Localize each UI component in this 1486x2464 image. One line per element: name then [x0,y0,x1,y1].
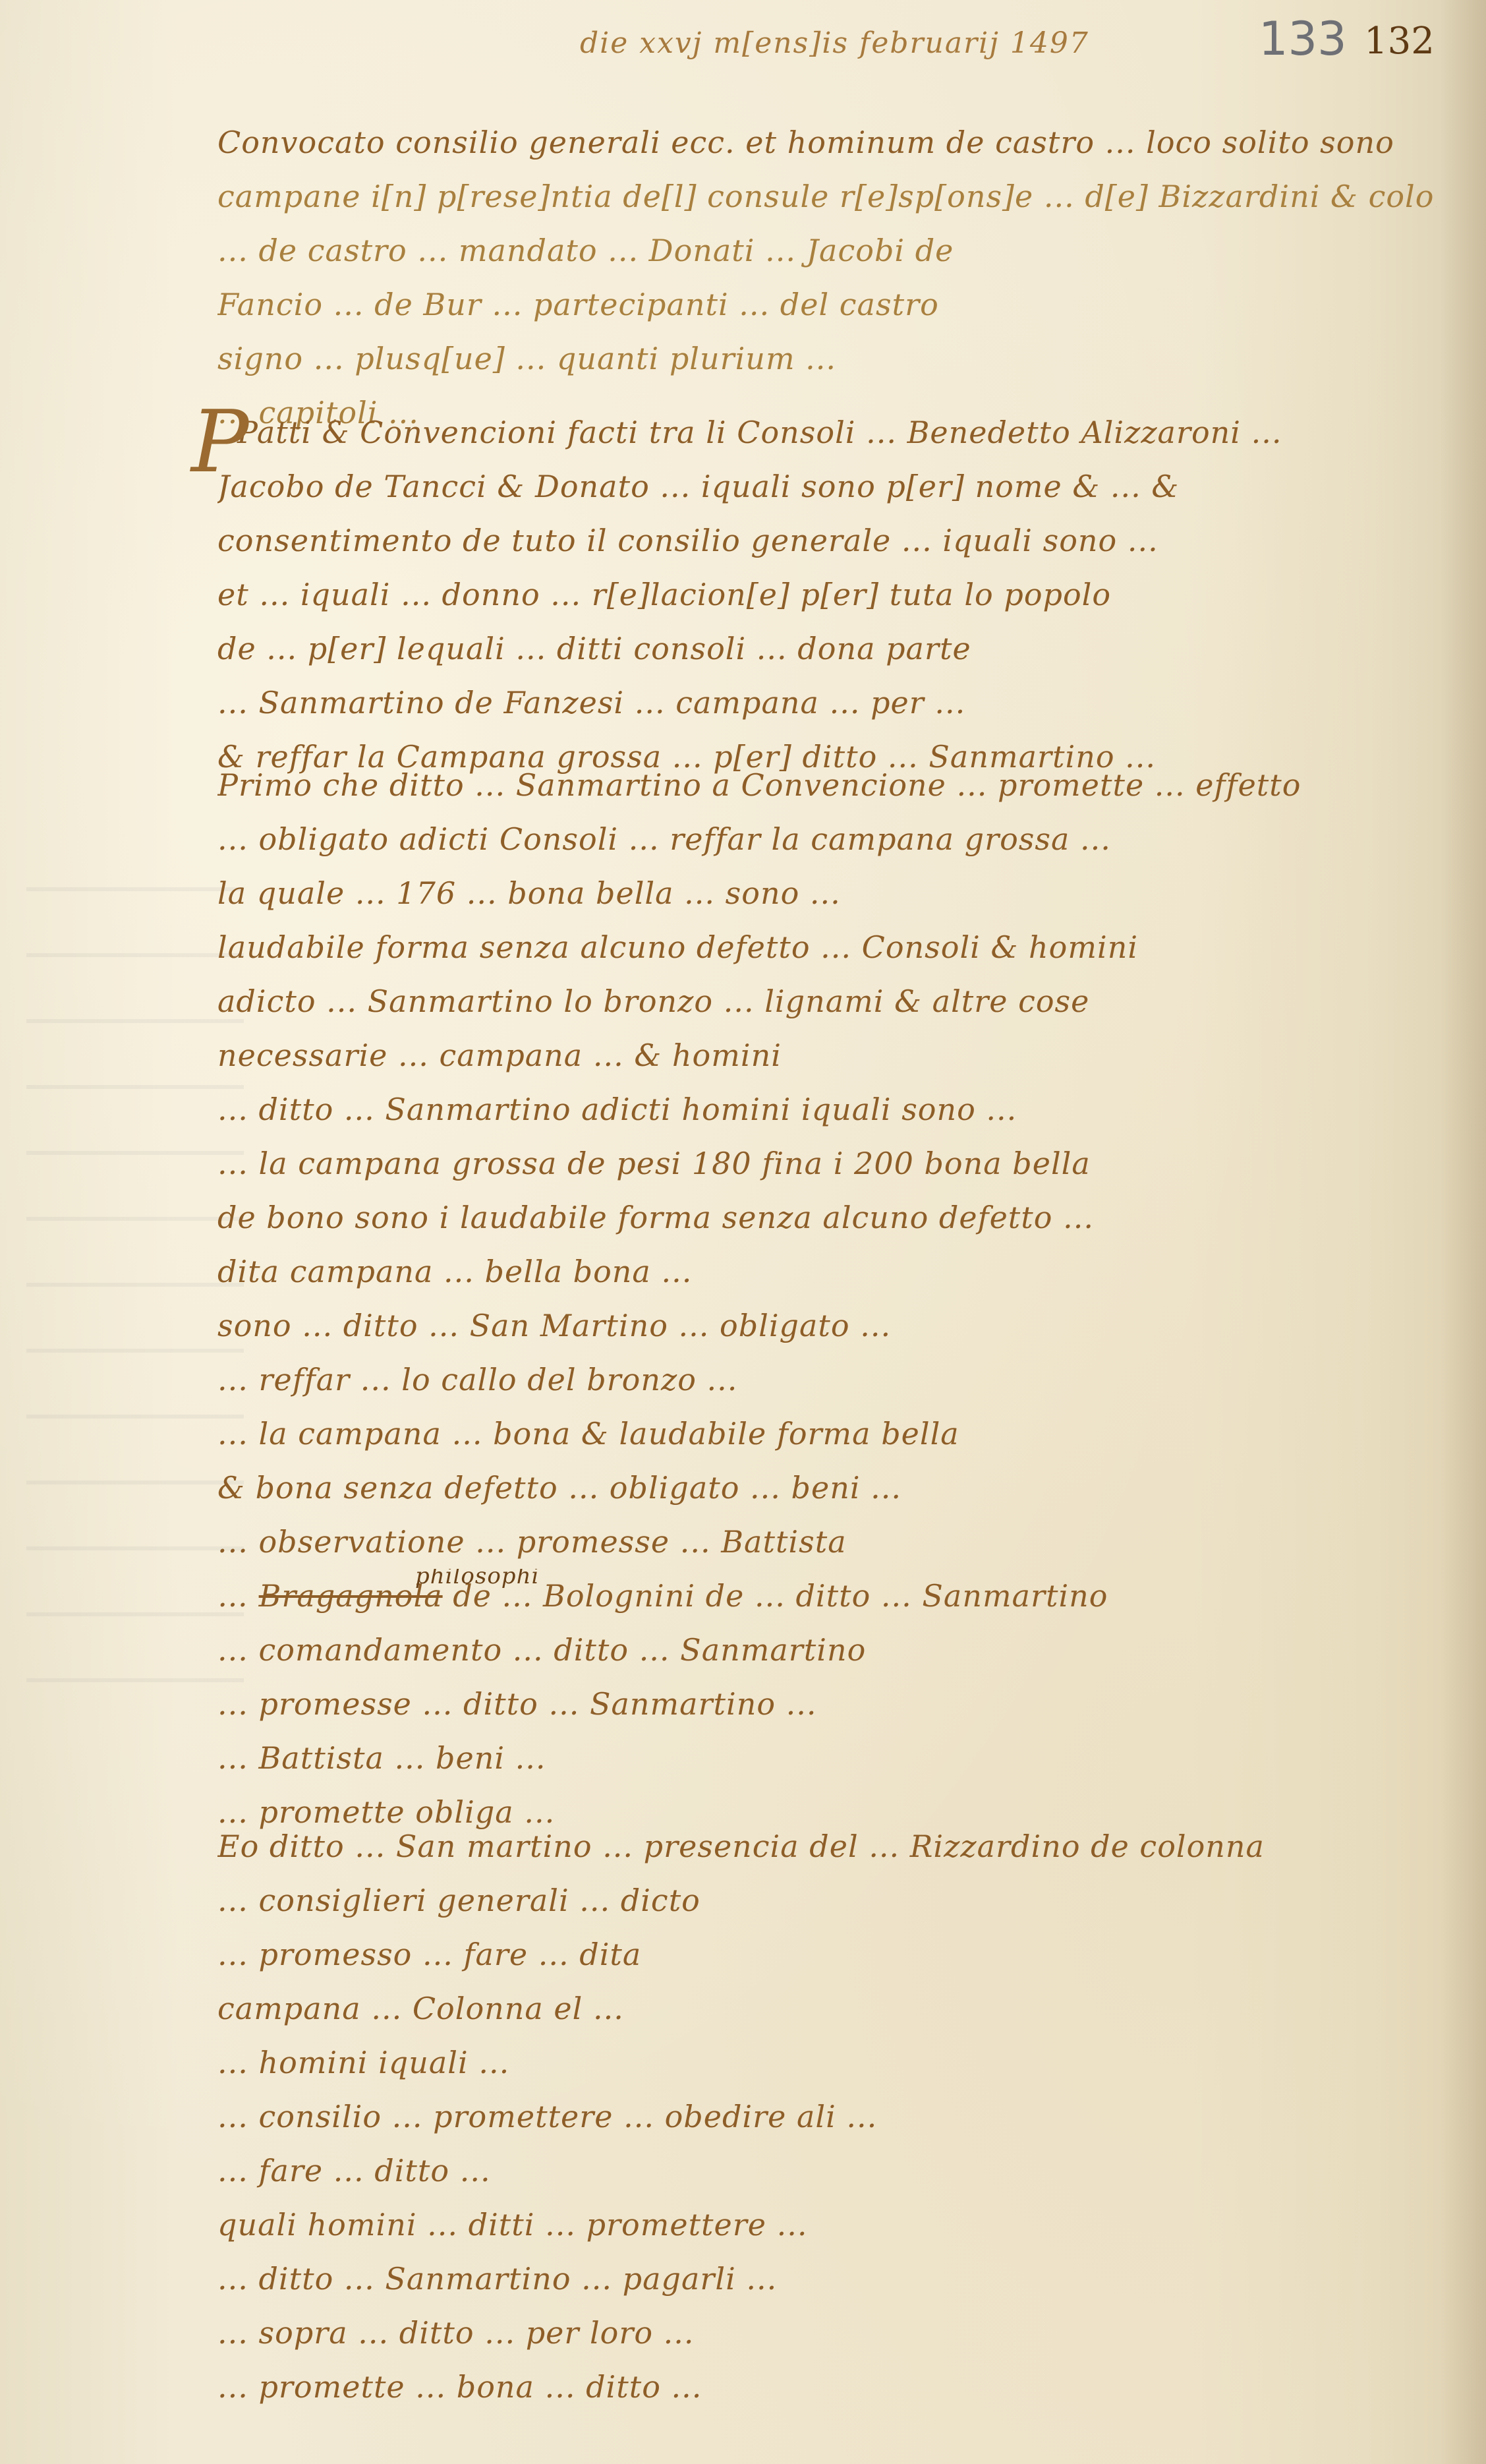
text-line: Patti & Convencioni facti tra li Consoli… [217,405,1437,459]
text-line: ... obligato adicti Consoli ... reffar l… [217,812,1437,866]
text-line: quali homini ... ditti ... promettere ..… [217,2198,1437,2252]
text-line: consentimento de tuto il consilio genera… [217,513,1437,568]
paragraph-eo-ditto: Eo ditto ... San martino ... presencia d… [217,1819,1437,2414]
text-line: de ... p[er] lequali ... ditti consoli .… [217,622,1437,676]
text-line: ... ditto ... Sanmartino adicti homini i… [217,1082,1437,1136]
text-line-start: … [217,1578,248,1614]
text-line: sono ... ditto ... San Martino ... oblig… [217,1299,1437,1353]
folio-number-ink: 132 [1364,20,1435,63]
text-line: la quale ... 176 ... bona bella ... sono… [217,866,1437,920]
text-line: adicto ... Sanmartino lo bronzo ... lign… [217,974,1437,1028]
text-line: ... fare ... ditto ... [217,2144,1437,2198]
text-line: de bono sono i laudabile forma senza alc… [217,1190,1437,1245]
text-line: campana ... Colonna el ... [217,1981,1437,2036]
text-line: laudabile forma senza alcuno defetto ...… [217,920,1437,974]
text-line: Jacobo de Tancci & Donato ... iquali son… [217,459,1437,513]
text-line: … Bragagnola de ... Bolognini de ... dit… [217,1569,1437,1623]
text-line: ... promesse ... ditto ... Sanmartino ..… [217,1677,1437,1731]
text-line: ... Battista ... beni ... [217,1731,1437,1785]
text-line: Eo ditto ... San martino ... presencia d… [217,1819,1437,1873]
text-line: ... consilio ... promettere ... obedire … [217,2090,1437,2144]
initial-letter: P [191,399,248,484]
text-line: ... observatione ... promesse ... Battis… [217,1515,1437,1569]
text-line: Convocato consilio generali ecc. et homi… [217,115,1437,169]
text-line: ... sopra ... ditto ... per loro ... [217,2306,1437,2360]
manuscript-page: die xxvj m[ens]is februarij 1497 133 132… [0,0,1486,2464]
text-line: ... Sanmartino de Fanzesi ... campana ..… [217,676,1437,730]
text-line: ... consiglieri generali ... dicto [217,1873,1437,1927]
paragraph-primo: Primo che ditto ... Sanmartino a Convenc… [217,758,1437,1839]
text-line: campane i[n] p[rese]ntia de[l] consule r… [217,169,1437,223]
date-header: die xxvj m[ens]is februarij 1497 [580,26,1089,60]
text-line: ... de castro ... mandato ... Donati ...… [217,223,1437,278]
text-line: Fancio ... de Bur ... partecipanti ... d… [217,278,1437,332]
paragraph-patti: P Patti & Convencioni facti tra li Conso… [217,405,1437,784]
text-line: ... promesso ... fare ... dita [217,1927,1437,1981]
interlinear-correction: philosophi [415,1569,539,1603]
text-line: dita campana ... bella bona ... [217,1245,1437,1299]
text-line: necessarie ... campana ... & homini [217,1028,1437,1082]
text-line: ... ditto ... Sanmartino ... pagarli ... [217,2252,1437,2306]
text-line: & bona senza defetto ... obligato ... be… [217,1461,1437,1515]
text-line: ... reffar ... lo callo del bronzo ... [217,1353,1437,1407]
folio-number-pencil: 133 [1259,12,1347,66]
text-line: ... promette ... bona ... ditto ... [217,2360,1437,2414]
paragraph-convocation: Convocato consilio generali ecc. et homi… [217,115,1437,440]
text-line-rest: de ... Bolognini de ... ditto ... Sanmar… [453,1578,1108,1614]
ink-bleed-through [26,857,244,1714]
text-line: ... homini iquali ... [217,2036,1437,2090]
text-line: Primo che ditto ... Sanmartino a Convenc… [217,758,1437,812]
text-line: signo ... plusq[ue] ... quanti plurium .… [217,332,1437,386]
text-line: ... comandamento ... ditto ... Sanmartin… [217,1623,1437,1677]
text-line: ... la campana grossa de pesi 180 fina i… [217,1136,1437,1190]
text-line: ... la campana ... bona & laudabile form… [217,1407,1437,1461]
text-line: et ... iquali ... donno ... r[e]lacion[e… [217,568,1437,622]
